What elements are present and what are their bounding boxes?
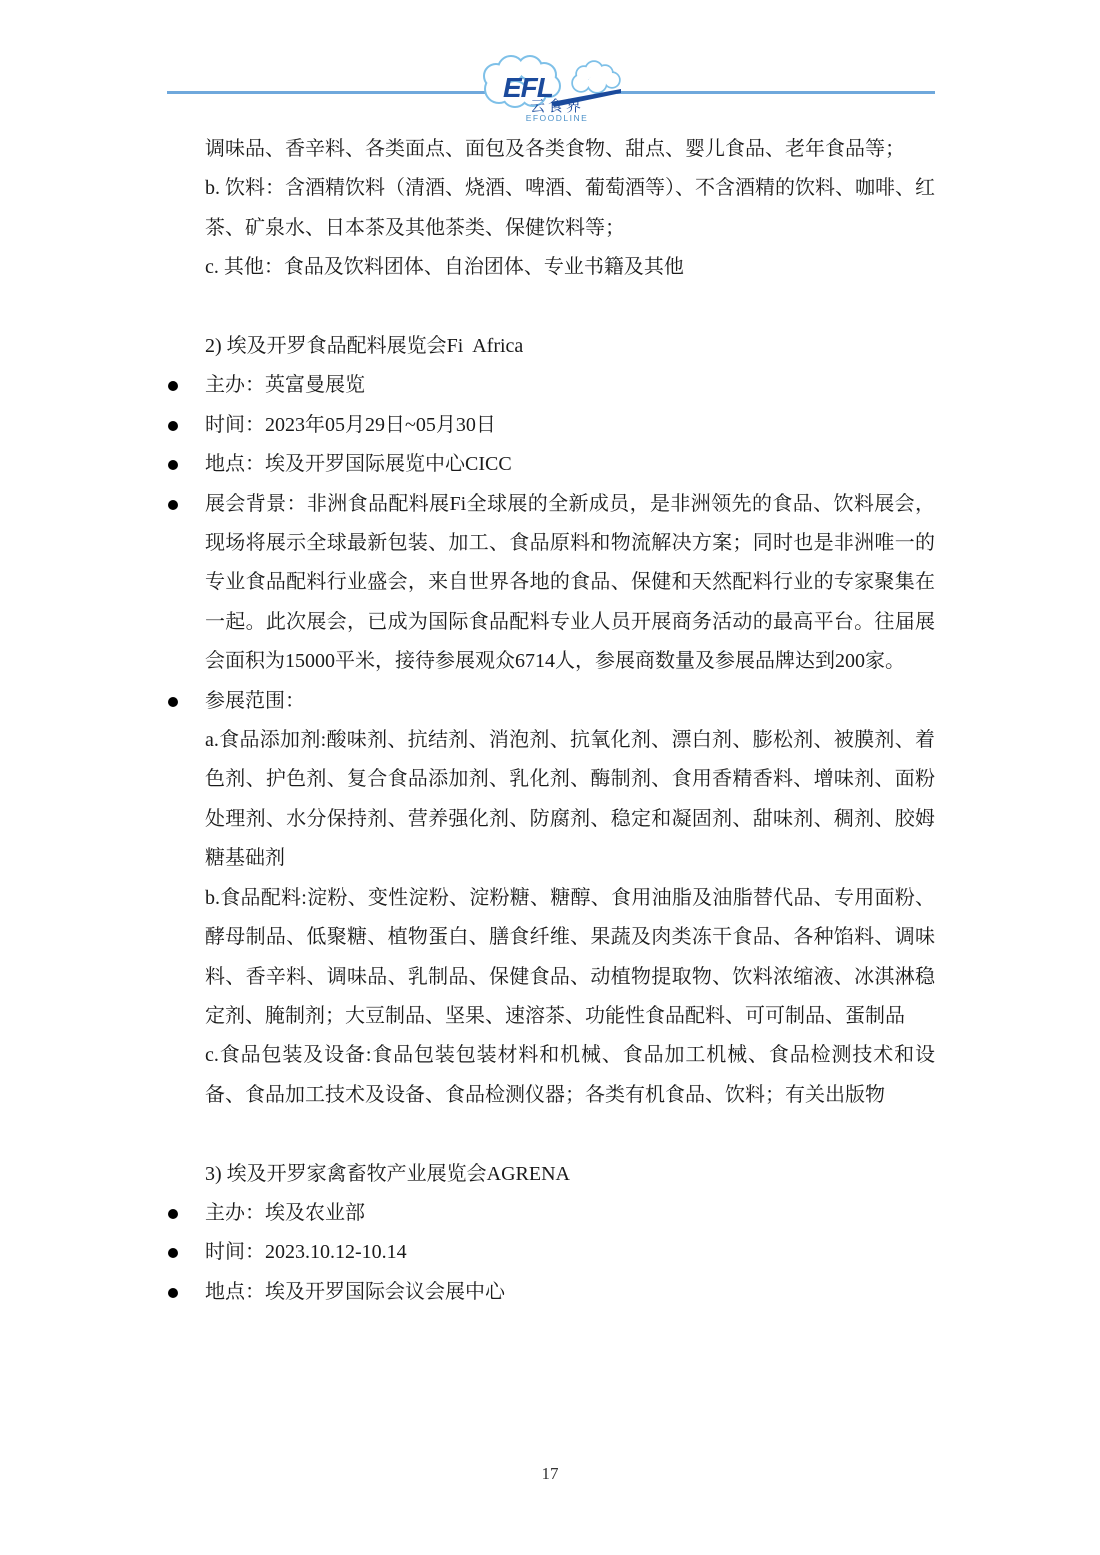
- logo-tagline: EFOODLINE: [526, 113, 589, 123]
- scope-paragraph-packaging: c.食品包装及设备:食品包装包装材料和机械、食品加工机械、食品检测技术和设备、食…: [205, 1036, 935, 1115]
- bullet-item-scope: 参展范围：: [205, 682, 935, 721]
- efoodline-logo: EFL 云食界 EFOODLINE: [475, 53, 635, 125]
- page-number: 17: [0, 1464, 1100, 1484]
- header-rule-right: [617, 91, 935, 94]
- document-page: EFL 云食界 EFOODLINE 调味品、香辛料、各类面点、面包及各类食物、甜…: [0, 0, 1100, 1555]
- small-cloud-icon: [573, 62, 619, 92]
- bullet-text: 地点：埃及开罗国际会议会展中心: [205, 1281, 505, 1303]
- bullet-item-date: 时间：2023.10.12-10.14: [205, 1233, 935, 1272]
- bullet-dot-icon: [168, 381, 178, 391]
- bullet-text: 主办：埃及农业部: [205, 1202, 365, 1224]
- header-rule-left: [167, 91, 490, 94]
- bullet-item-date: 时间：2023年05月29日~05月30日: [205, 406, 935, 445]
- scope-paragraph-ingredients: b.食品配料:淀粉、变性淀粉、淀粉糖、糖醇、食用油脂及油脂替代品、专用面粉、酵母…: [205, 879, 935, 1037]
- bullet-dot-icon: [168, 1209, 178, 1219]
- bullet-dot-icon: [168, 500, 178, 510]
- intro-line-2: b. 饮料：含酒精饮料（清酒、烧酒、啤酒、葡萄酒等）、不含酒精的饮料、咖啡、红茶…: [205, 169, 935, 248]
- bullet-item-organizer: 主办：埃及农业部: [205, 1194, 935, 1233]
- section-3-heading: 3) 埃及开罗家禽畜牧产业展览会AGRENA: [205, 1155, 935, 1194]
- bullet-text: 时间：2023.10.12-10.14: [205, 1241, 407, 1263]
- bullet-dot-icon: [168, 1288, 178, 1298]
- bullet-dot-icon: [168, 1248, 178, 1258]
- bullet-text: 主办：英富曼展览: [205, 374, 365, 396]
- bullet-item-location: 地点：埃及开罗国际展览中心CICC: [205, 445, 935, 484]
- document-body: 调味品、香辛料、各类面点、面包及各类食物、甜点、婴儿食品、老年食品等； b. 饮…: [205, 130, 935, 1312]
- bullet-item-organizer: 主办：英富曼展览: [205, 366, 935, 405]
- bullet-item-location: 地点：埃及开罗国际会议会展中心: [205, 1273, 935, 1312]
- bullet-text: 时间：2023年05月29日~05月30日: [205, 414, 496, 436]
- bullet-text: 参展范围：: [205, 690, 305, 712]
- section-2-heading: 2) 埃及开罗食品配料展览会Fi Africa: [205, 327, 935, 366]
- scope-paragraph-additives: a.食品添加剂:酸味剂、抗结剂、消泡剂、抗氧化剂、漂白剂、膨松剂、被膜剂、着色剂…: [205, 721, 935, 879]
- intro-line-1: 调味品、香辛料、各类面点、面包及各类食物、甜点、婴儿食品、老年食品等；: [205, 130, 935, 169]
- bullet-text: 地点：埃及开罗国际展览中心CICC: [205, 453, 512, 475]
- bullet-item-background: 展会背景：非洲食品配料展Fi全球展的全新成员，是非洲领先的食品、饮料展会，现场将…: [205, 485, 935, 682]
- bullet-dot-icon: [168, 697, 178, 707]
- bullet-dot-icon: [168, 460, 178, 470]
- intro-line-3: c. 其他：食品及饮料团体、自治团体、专业书籍及其他: [205, 248, 935, 287]
- bullet-dot-icon: [168, 421, 178, 431]
- bullet-text: 展会背景：非洲食品配料展Fi全球展的全新成员，是非洲领先的食品、饮料展会，现场将…: [205, 493, 935, 673]
